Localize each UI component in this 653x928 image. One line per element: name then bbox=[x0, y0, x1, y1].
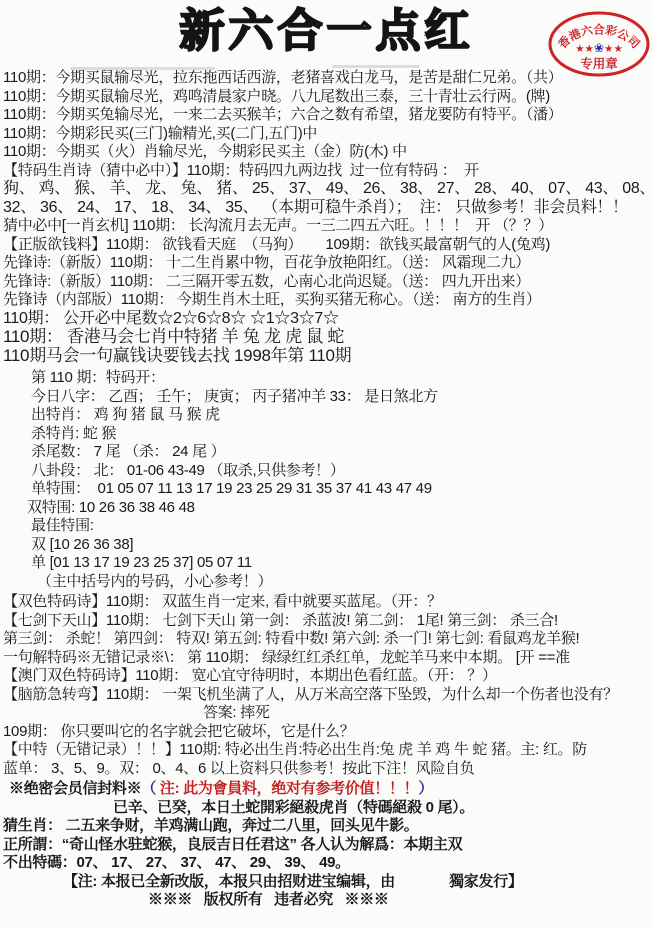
text-line-8: 32、 36、 24、 17、 18、 34、 35、 （本期可稳牛杀肖）； 注… bbox=[3, 199, 653, 218]
text-line-2: 110期：今期买鼠输尽光，鸡鸣清晨家户晓。八九尾数出三泰，三十青壮云行两。(牌) bbox=[3, 88, 653, 107]
text-line-34: 【脑筋急转弯】110期： 一架飞机坐满了人，从万米高空落下坠毁，为什么却一个伤者… bbox=[3, 686, 653, 705]
text-line-28: （主中括号内的号码，小心参考！） bbox=[37, 573, 653, 592]
scan-artifact bbox=[332, 65, 420, 68]
text-line-29: 【双色特码诗】110期： 双蓝生肖一定来, 看中就要买蓝尾。（开：？ bbox=[3, 593, 653, 612]
text-line-13: 先锋诗（内部版）110期： 今期生肖木土旺，买狗买猪无称心。（送： 南方的生肖） bbox=[3, 291, 653, 310]
text-line-43: 不出特碼：07、 17、 27、 37、 47、 29、 39、 49。 bbox=[3, 854, 653, 873]
text-line-7: 狗、 鸡、 猴、 羊、 龙、 兔、 猪、 25、 37、 49、 26、 38、… bbox=[3, 180, 653, 199]
text-line-12: 先锋诗:（新版）110期： 二三隔开零五数，心南心北尚迟疑。（送： 四九开出来） bbox=[3, 273, 653, 292]
text-line-40: 已辛、已癸，本日土蛇開彩絕殺虎肖（特碼絕殺 0 尾）。 bbox=[113, 799, 653, 818]
body-text: 110期：今期买鼠输尽光，拉东拖西话西游，老猪喜戏白龙马，是苦是甜仁兄弟。（共）… bbox=[0, 69, 653, 910]
text-line-23: 单特围： 01 05 07 11 13 17 19 23 25 29 31 35… bbox=[31, 480, 653, 499]
text-line-20: 杀特肖: 蛇 猴 bbox=[31, 425, 653, 444]
text-segment: 注: 此为會員料，绝对有参考价值！！！ bbox=[160, 780, 418, 797]
text-segment: ※绝密会员信封料※ bbox=[9, 780, 141, 797]
text-line-25: 最佳特围: bbox=[31, 517, 653, 536]
text-line-15: 110期： 香港马会七肖中特猪 羊 兔 龙 虎 鼠 蛇 bbox=[3, 328, 653, 347]
text-line-9: 猜中必中[一肖玄机] 110期： 长沟流月去无声。一三二四五六旺。！！！ 开 （… bbox=[3, 217, 653, 236]
text-line-27: 单 [01 13 17 19 23 25 37] 05 07 11 bbox=[31, 554, 653, 573]
text-line-32: 一句解特码※无错记录※\： 第 110期： 绿绿红红杀红单，龙蛇羊马来中本期。 … bbox=[3, 649, 653, 668]
text-line-35: 答案: 摔死 bbox=[203, 704, 653, 723]
text-line-44: 【注: 本报已全新改版，本报只由招财进宝编辑，由 獨家发行】 bbox=[63, 873, 653, 892]
text-line-19: 出特肖： 鸡 狗 猪 鼠 马 猴 虎 bbox=[31, 406, 653, 425]
text-line-21: 杀尾数： 7 尾 （杀： 24 尾 ） bbox=[31, 443, 653, 462]
text-segment: ） bbox=[418, 780, 433, 797]
text-line-17: 第 110 期：特码开： bbox=[31, 369, 653, 388]
text-line-5: 110期：今期买（火）肖输尽光，今期彩民买主（金）防(木) 中 bbox=[3, 143, 653, 162]
text-segment: （ bbox=[141, 780, 160, 797]
text-line-39: ※绝密会员信封料※（ 注: 此为會員料，绝对有参考价值！！！） bbox=[9, 780, 653, 799]
stamp-stars-row: ★★❀★★ bbox=[575, 41, 623, 55]
text-line-45: ※※※ 版权所有 违者必究 ※※※ bbox=[148, 891, 653, 910]
text-line-37: 【中特（无错记录）！！】110期: 特必出生肖:特必出生肖:兔 虎 羊 鸡 牛 … bbox=[3, 741, 653, 760]
text-line-26: 双 [10 26 36 38] bbox=[31, 536, 653, 555]
text-line-10: 【正版欲钱料】110期： 欲钱看天庭 （马狗） 109期：欲钱买最富朝气的人(兔… bbox=[3, 236, 653, 255]
scan-artifact bbox=[70, 67, 215, 70]
stars-left-icon: ★★ bbox=[575, 43, 594, 55]
text-line-41: 猜生肖： 二五来争财，羊鸡满山跑，奔过二八里，回头见牛影。 bbox=[3, 817, 653, 836]
text-line-14: 110期： 公开必中尾数☆2☆6☆8☆ ☆1☆3☆7☆ bbox=[3, 310, 653, 329]
text-line-11: 先锋诗:（新版）110期： 十二生肖累中物，百花争放艳阳红。（送： 风霜现二九） bbox=[3, 254, 653, 273]
text-line-42: 正所謂：“奇山怪水驻蛇猴，良辰吉日任君这” 各人认为解爲：本期主双 bbox=[3, 836, 653, 855]
text-line-3: 110期：今期买兔输尽光，一来二去买猴羊；六合之数有希望，猪龙要防有特平。（潘） bbox=[3, 106, 653, 125]
text-line-6: 【特码生肖诗（猜中必中）】110期：特码四九两边找 过一位有特码 ： 开 bbox=[3, 162, 653, 181]
stamp-bottom-text: 专用章 bbox=[580, 56, 618, 71]
text-line-16: 110期马会一句赢钱诀要钱去找 1998年第 110期 bbox=[3, 347, 653, 366]
stars-right-icon: ★★ bbox=[604, 43, 623, 55]
tip-sheet-page: 新六合一点红 香港六合彩公司 ★★❀★★ 专用章 110期：今期买鼠输尽光，拉东… bbox=[0, 6, 653, 928]
text-line-31: 第三剑： 杀蛇！ 第四剑： 特双! 第五剑: 特看中数! 第六剑: 杀一门! 第… bbox=[3, 630, 653, 649]
flower-icon: ❀ bbox=[594, 41, 604, 55]
text-line-22: 八卦段： 北： 01-06 43-49 （取杀,只供参考！） bbox=[31, 462, 653, 481]
company-stamp: 香港六合彩公司 ★★❀★★ 专用章 bbox=[547, 10, 651, 78]
text-line-36: 109期： 你只要叫它的名字就会把它破坏，它是什么？ bbox=[3, 723, 653, 742]
text-line-24: 双特围: 10 26 36 38 46 48 bbox=[27, 499, 653, 518]
text-line-18: 今日八字： 乙酉； 壬午； 庚寅； 丙子猪冲羊 33： 是日煞北方 bbox=[31, 388, 653, 407]
text-line-33: 【澳门双色特码诗】110期： 宽心宜守待明时，本期出色看红蓝。（开： ？） bbox=[3, 667, 653, 686]
text-line-4: 110期：今期彩民买(三门)输精光,买(二门,五门)中 bbox=[3, 125, 653, 144]
text-line-38: 蓝单： 3、5、9。双： 0、4、6 以上资料只供参考！按此下注！风险自负 bbox=[3, 760, 653, 779]
text-line-30: 【七剑下天山】110期： 七剑下天山 第一剑： 杀蓝波! 第二剑： 1尾! 第三… bbox=[3, 612, 653, 631]
